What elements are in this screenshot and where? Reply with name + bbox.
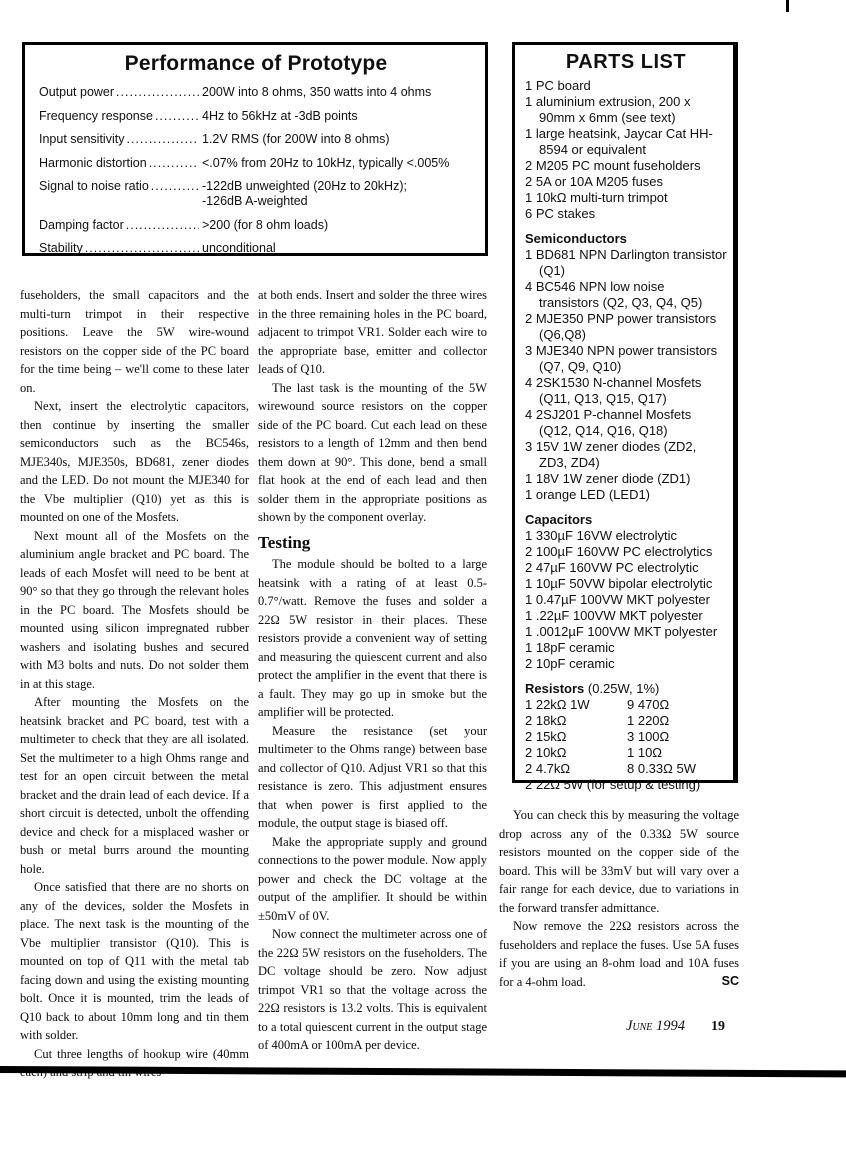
perf-value: 1.2V RMS (for 200W into 8 ohms) xyxy=(202,132,473,147)
resistor-cell: 8 0.33Ω 5W xyxy=(627,761,727,777)
parts-item: 1 18pF ceramic xyxy=(525,640,727,656)
perf-label: Damping factor xyxy=(39,218,124,233)
parts-item: 2 5A or 10A M205 fuses xyxy=(525,174,727,190)
page-footer: June 1994 19 xyxy=(499,1018,725,1035)
parts-item: 1 0.47µF 100VW MKT polyester xyxy=(525,592,727,608)
parts-list-title: PARTS LIST xyxy=(525,54,727,70)
resistor-cell: 9 470Ω xyxy=(627,697,727,713)
resistors-heading: Resistors (0.25W, 1%) xyxy=(525,681,727,697)
article-column-3: You can check this by measuring the volt… xyxy=(499,806,739,991)
parts-list-box: PARTS LIST 1 PC board 1 aluminium extrus… xyxy=(512,42,738,783)
perf-value: <.07% from 20Hz to 10kHz, typically <.00… xyxy=(202,156,473,171)
parts-item: 2 100µF 160VW PC electrolytics xyxy=(525,544,727,560)
resistor-cell: 3 100Ω xyxy=(627,729,727,745)
parts-item: 2 M205 PC mount fuseholders xyxy=(525,158,727,174)
resistor-footnote: 2 22Ω 5W (for setup & testing) xyxy=(525,777,727,793)
parts-item: 1 330µF 16VW electrolytic xyxy=(525,528,727,544)
parts-item: 1 .22µF 100VW MKT polyester xyxy=(525,608,727,624)
parts-item: 1 large heatsink, Jaycar Cat HH-8594 or … xyxy=(525,126,727,158)
resistor-grid: 1 22kΩ 1W9 470Ω 2 18kΩ1 220Ω 2 15kΩ3 100… xyxy=(525,697,727,777)
perf-label: Harmonic distortion xyxy=(39,156,147,171)
dot-leader: ........................................… xyxy=(85,241,199,256)
paragraph: Now remove the 22Ω resistors across the … xyxy=(499,917,739,991)
perf-label: Input sensitivity xyxy=(39,132,124,147)
parts-item: 6 PC stakes xyxy=(525,206,727,222)
paragraph: Measure the resistance (set your multime… xyxy=(258,722,487,833)
performance-row: Stability...............................… xyxy=(39,241,473,256)
parts-item: 2 10pF ceramic xyxy=(525,656,727,672)
parts-item: 1 18V 1W zener diode (ZD1) xyxy=(525,471,727,487)
perf-value: 4Hz to 56kHz at -3dB points xyxy=(202,109,473,124)
parts-item: 4 2SJ201 P-channel Mosfets (Q12, Q14, Q1… xyxy=(525,407,727,439)
perf-value: -122dB unweighted (20Hz to 20kHz); xyxy=(202,179,473,194)
dot-leader: ........................................… xyxy=(155,109,199,124)
paragraph: at both ends. Insert and solder the thre… xyxy=(258,286,487,379)
dot-leader: ........................................… xyxy=(126,218,199,233)
testing-heading: Testing xyxy=(258,534,487,553)
performance-row: Harmonic distortion.....................… xyxy=(39,156,473,171)
performance-title: Performance of Prototype xyxy=(39,52,473,76)
performance-row: Input sensitivity.......................… xyxy=(39,132,473,147)
performance-row: Damping factor..........................… xyxy=(39,218,473,233)
paragraph: Now connect the multimeter across one of… xyxy=(258,925,487,1055)
parts-item: 4 BC546 NPN low noise transistors (Q2, Q… xyxy=(525,279,727,311)
paragraph: The last task is the mounting of the 5W … xyxy=(258,379,487,527)
paragraph: The module should be bolted to a large h… xyxy=(258,555,487,722)
perf-label: Frequency response xyxy=(39,109,153,124)
paragraph: Make the appropriate supply and ground c… xyxy=(258,833,487,926)
dot-leader: ........................................… xyxy=(116,85,199,100)
parts-item: 4 2SK1530 N-channel Mosfets (Q11, Q13, Q… xyxy=(525,375,727,407)
parts-item: 1 10kΩ multi-turn trimpot xyxy=(525,190,727,206)
paragraph: Next, insert the electrolytic capacitors… xyxy=(20,397,249,527)
parts-item: 1 10µF 50VW bipolar electrolytic xyxy=(525,576,727,592)
resistor-cell: 1 10Ω xyxy=(627,745,727,761)
resistor-cell: 2 4.7kΩ xyxy=(525,761,627,777)
parts-item: 1 .0012µF 100VW MKT polyester xyxy=(525,624,727,640)
parts-item: 1 BD681 NPN Darlington transistor (Q1) xyxy=(525,247,727,279)
dot-leader: ........................................… xyxy=(149,156,199,171)
resistor-cell: 1 220Ω xyxy=(627,713,727,729)
perf-label: Signal to noise ratio xyxy=(39,179,149,209)
magazine-page: Performance of Prototype Output power...… xyxy=(0,0,846,1166)
perf-label: Output power xyxy=(39,85,114,100)
perf-value-line2: -126dB A-weighted xyxy=(202,194,473,209)
capacitors-heading: Capacitors xyxy=(525,512,727,528)
article-column-2: at both ends. Insert and solder the thre… xyxy=(258,286,487,1055)
paragraph: Next mount all of the Mosfets on the alu… xyxy=(20,527,249,694)
dot-leader: ........................................… xyxy=(151,179,199,209)
end-mark: SC xyxy=(708,972,739,991)
performance-box: Performance of Prototype Output power...… xyxy=(22,42,488,256)
parts-item: 3 15V 1W zener diodes (ZD2, ZD3, ZD4) xyxy=(525,439,727,471)
parts-item: 1 orange LED (LED1) xyxy=(525,487,727,503)
scan-artifact-tick xyxy=(786,0,789,12)
paragraph: Once satisfied that there are no shorts … xyxy=(20,878,249,1045)
parts-item: 1 aluminium extrusion, 200 x 90mm x 6mm … xyxy=(525,94,727,126)
semiconductors-heading: Semiconductors xyxy=(525,231,727,247)
footer-page-number: 19 xyxy=(711,1019,725,1035)
paragraph: You can check this by measuring the volt… xyxy=(499,806,739,917)
paragraph: After mounting the Mosfets on the heatsi… xyxy=(20,693,249,878)
perf-label: Stability xyxy=(39,241,83,256)
perf-value: unconditional xyxy=(202,241,473,256)
parts-item: 2 MJE350 PNP power transistors (Q6,Q8) xyxy=(525,311,727,343)
performance-row: Signal to noise ratio...................… xyxy=(39,179,473,209)
resistor-cell: 2 15kΩ xyxy=(525,729,627,745)
paragraph: fuseholders, the small capacitors and th… xyxy=(20,286,249,397)
article-column-1: fuseholders, the small capacitors and th… xyxy=(20,286,249,1082)
perf-value: 200W into 8 ohms, 350 watts into 4 ohms xyxy=(202,85,473,100)
performance-row: Output power............................… xyxy=(39,85,473,100)
parts-item: 3 MJE340 NPN power transistors (Q7, Q9, … xyxy=(525,343,727,375)
footer-date: June 1994 xyxy=(626,1018,685,1035)
parts-item: 2 47µF 160VW PC electrolytic xyxy=(525,560,727,576)
perf-value: >200 (for 8 ohm loads) xyxy=(202,218,473,233)
parts-item: 1 PC board xyxy=(525,78,727,94)
resistor-cell: 2 18kΩ xyxy=(525,713,627,729)
resistor-cell: 2 10kΩ xyxy=(525,745,627,761)
performance-row: Frequency response......................… xyxy=(39,109,473,124)
dot-leader: ........................................… xyxy=(126,132,199,147)
resistor-cell: 1 22kΩ 1W xyxy=(525,697,627,713)
paragraph: Cut three lengths of hookup wire (40mm e… xyxy=(20,1045,249,1082)
